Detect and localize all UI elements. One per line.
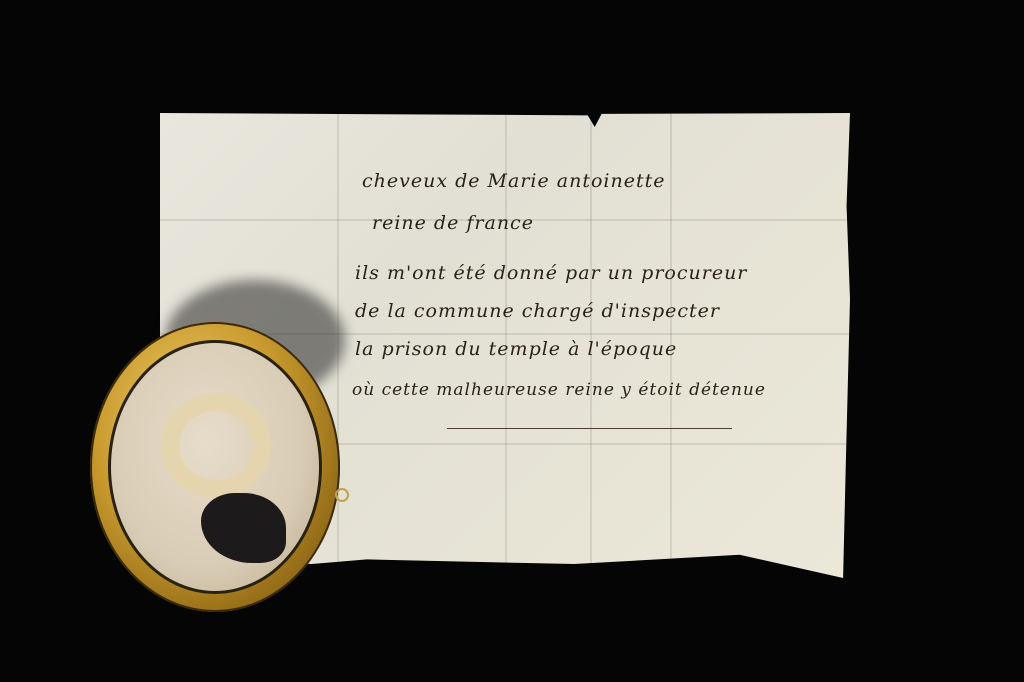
letter-line-6: où cette malheureuse reine y étoit déten… <box>352 380 766 400</box>
locket-glass <box>108 340 322 594</box>
underline-rule <box>447 428 732 429</box>
letter-line-1: cheveux de Marie antoinette <box>362 170 665 192</box>
letter-line-4: de la commune chargé d'inspecter <box>355 300 720 322</box>
letter-line-2: reine de france <box>372 212 534 234</box>
letter-line-5: la prison du temple à l'époque <box>355 338 677 360</box>
gold-locket <box>90 322 340 612</box>
black-ribbon <box>201 493 286 563</box>
locket-ring <box>335 488 349 502</box>
letter-line-3: ils m'ont été donné par un procureur <box>355 262 747 284</box>
hair-lock <box>161 393 271 498</box>
